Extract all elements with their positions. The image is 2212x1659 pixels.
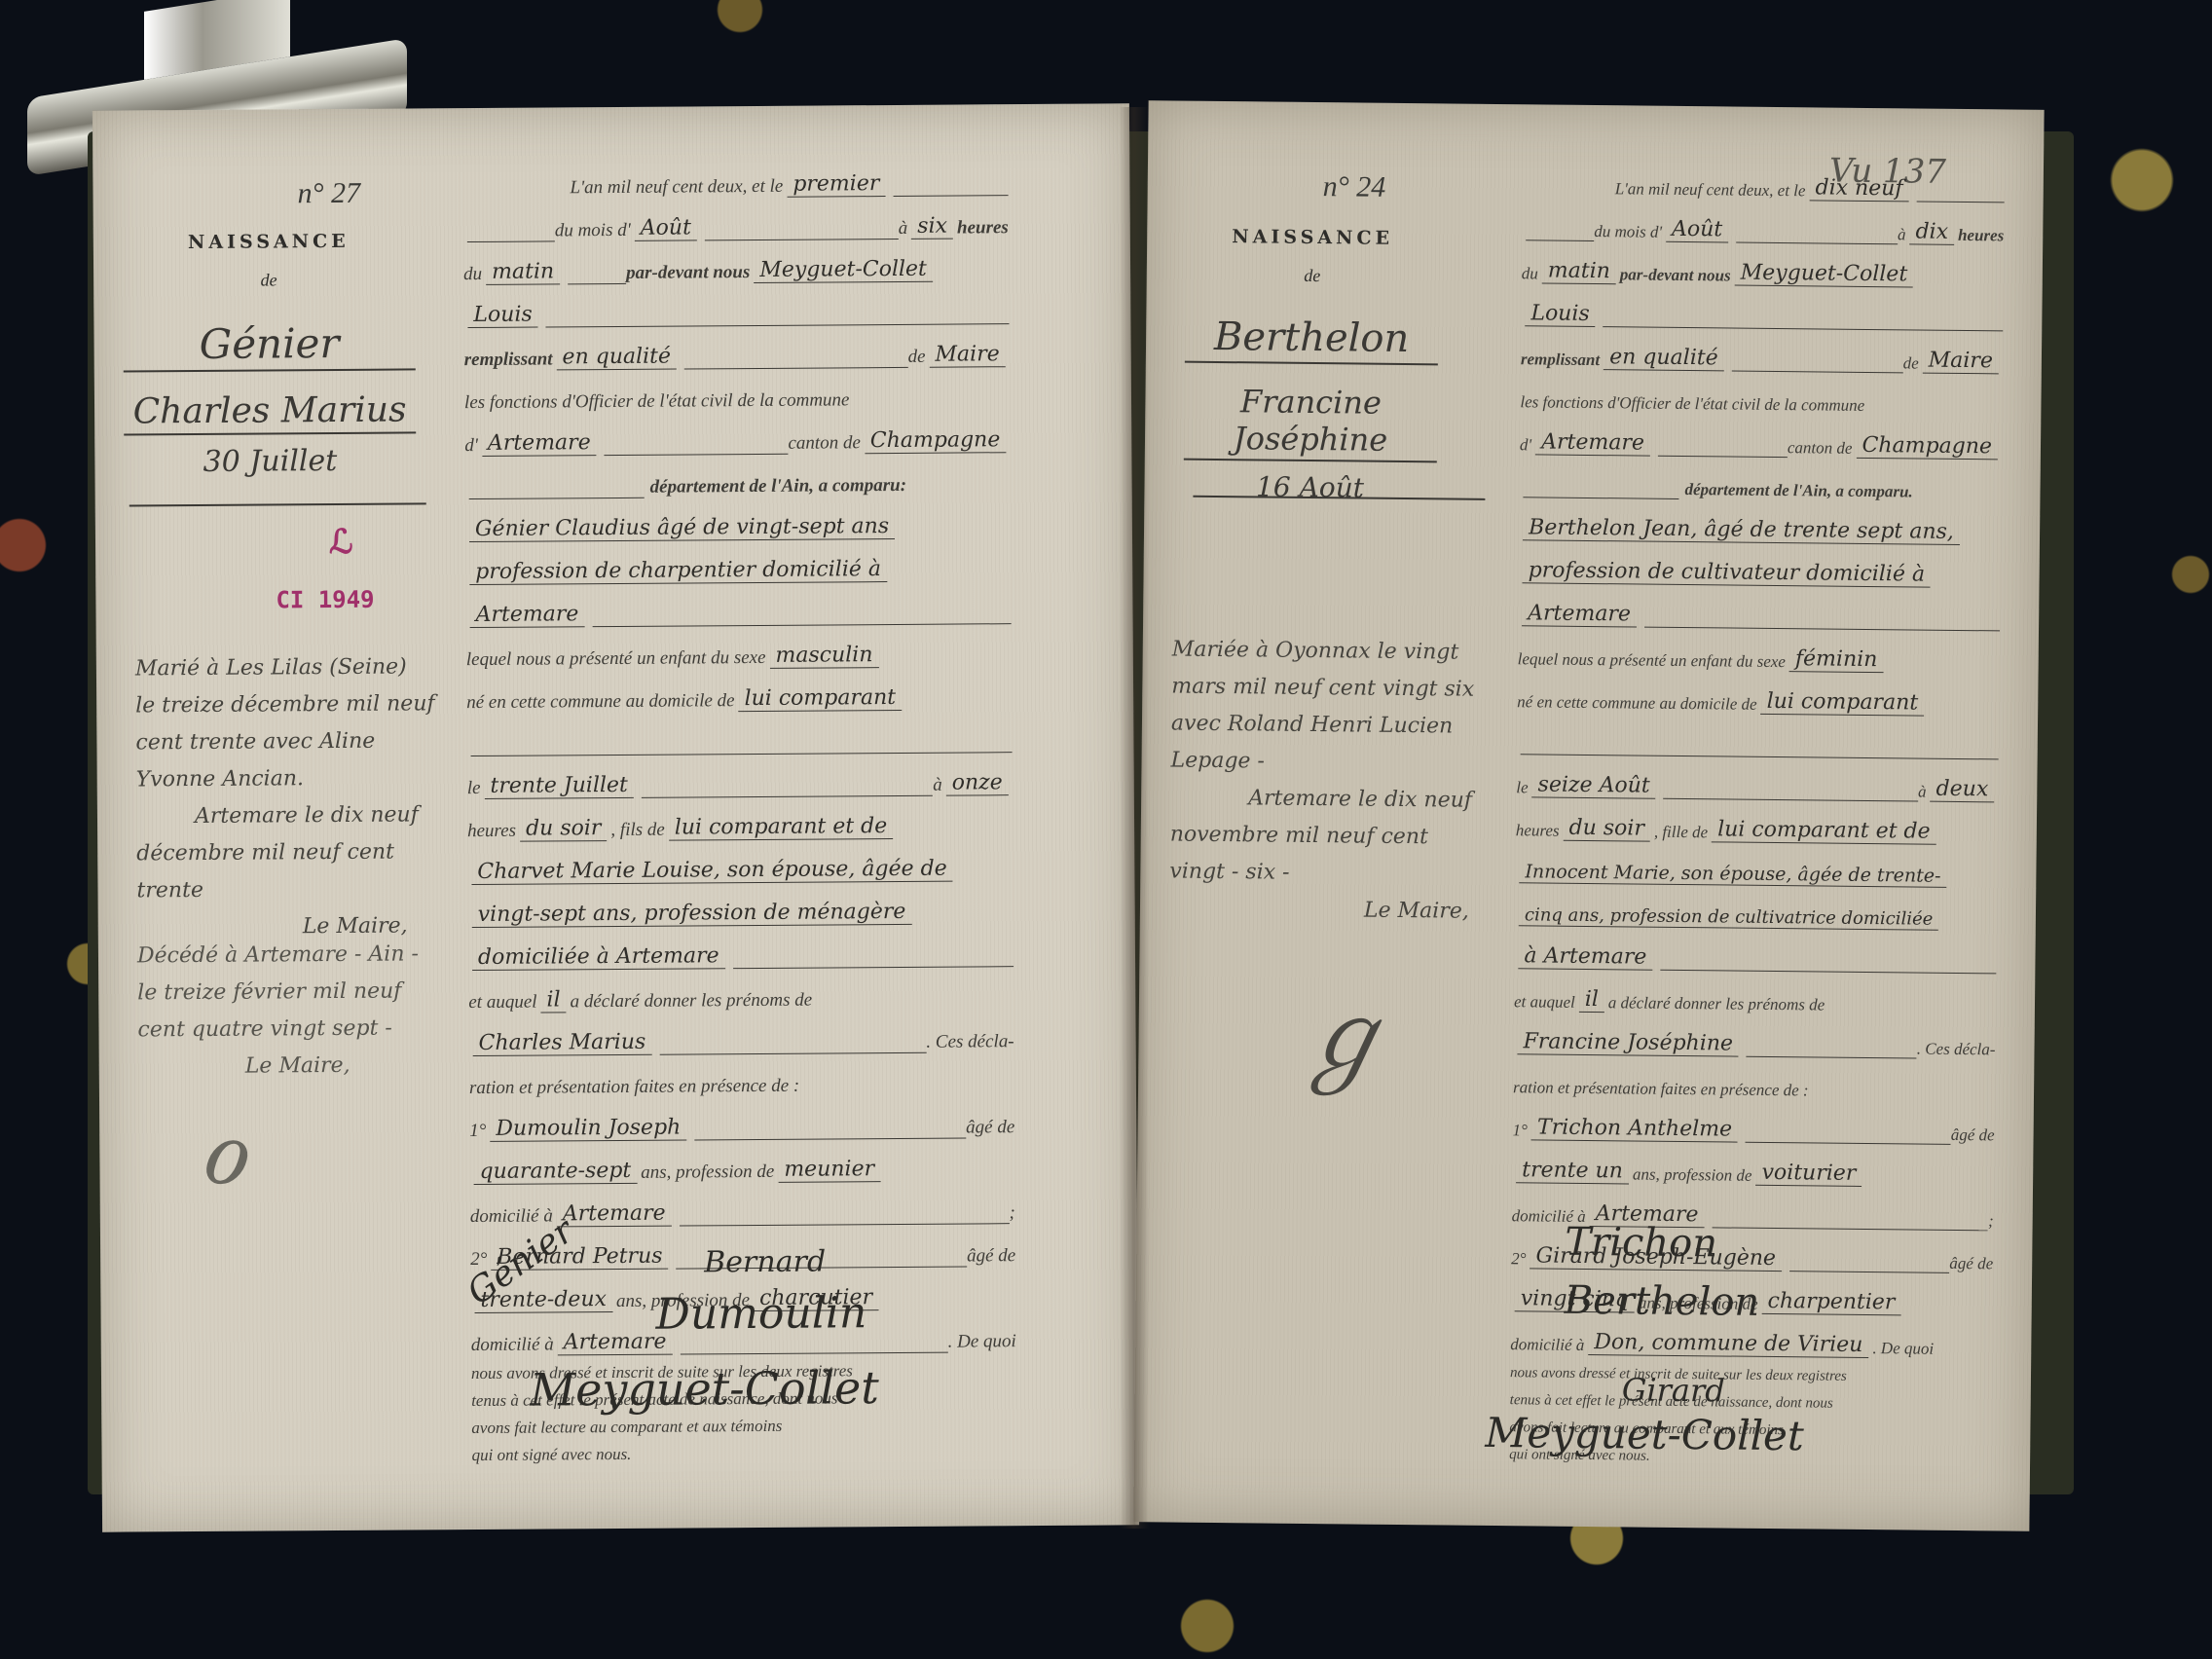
surname: Génier xyxy=(123,318,415,372)
margin-divider xyxy=(129,502,426,506)
given-names: Charles Marius xyxy=(124,389,416,435)
marriage-annotation: Mariée à Oyonnax le vingt mars mil neuf … xyxy=(1169,632,1503,932)
margin-de: de xyxy=(123,269,415,291)
given-names: Francine Joséphine xyxy=(1184,383,1438,463)
death-annotation: Décédé à Artemare - Ain - le treize févr… xyxy=(137,936,450,1086)
stamp-mark: ℒ xyxy=(329,523,353,562)
signature-mayor: Meyguet-Collet xyxy=(530,1361,879,1417)
stamp-code: CI 1949 xyxy=(276,586,374,614)
signature-witness-2: Bernard xyxy=(704,1245,826,1280)
birth-date: 30 Juillet xyxy=(124,443,416,479)
signature-mayor: Meyguet-Collet xyxy=(1485,1409,1804,1459)
margin-header: NAISSANCE de Berthelon Francine Joséphin… xyxy=(1183,226,1439,505)
acte-body: L'an mil neuf cent deux, et ledix neuf d… xyxy=(1509,155,2005,1468)
acte-number: n° 27 xyxy=(297,177,360,210)
mayor-signature-margin: ℊ xyxy=(1294,959,1393,1100)
mayor-signature-margin: ℴ xyxy=(197,1084,247,1208)
marriage-annotation: Marié à Les Lilas (Seine) le treize déce… xyxy=(135,648,449,946)
signature-father: Berthelon xyxy=(1565,1278,1760,1325)
signature-witness-2: Girard xyxy=(1622,1371,1725,1409)
margin-header: NAISSANCE de Génier Charles Marius 30 Ju… xyxy=(123,230,417,479)
margin-heading: NAISSANCE xyxy=(1186,226,1439,250)
margin-heading: NAISSANCE xyxy=(123,230,415,253)
signature-witness-1: Trichon xyxy=(1565,1220,1717,1267)
acte-number: n° 24 xyxy=(1323,170,1386,204)
right-page: n° 24 Vu 137 NAISSANCE de Berthelon Fran… xyxy=(1133,100,2044,1531)
birth-date: 16 Août xyxy=(1183,470,1436,505)
left-page: n° 27 NAISSANCE de Génier Charles Marius… xyxy=(92,103,1139,1531)
surname: Berthelon xyxy=(1185,314,1439,366)
book-gutter xyxy=(1120,107,1149,1529)
signature-witness-1: Dumoulin xyxy=(655,1288,866,1340)
margin-de: de xyxy=(1186,265,1439,288)
